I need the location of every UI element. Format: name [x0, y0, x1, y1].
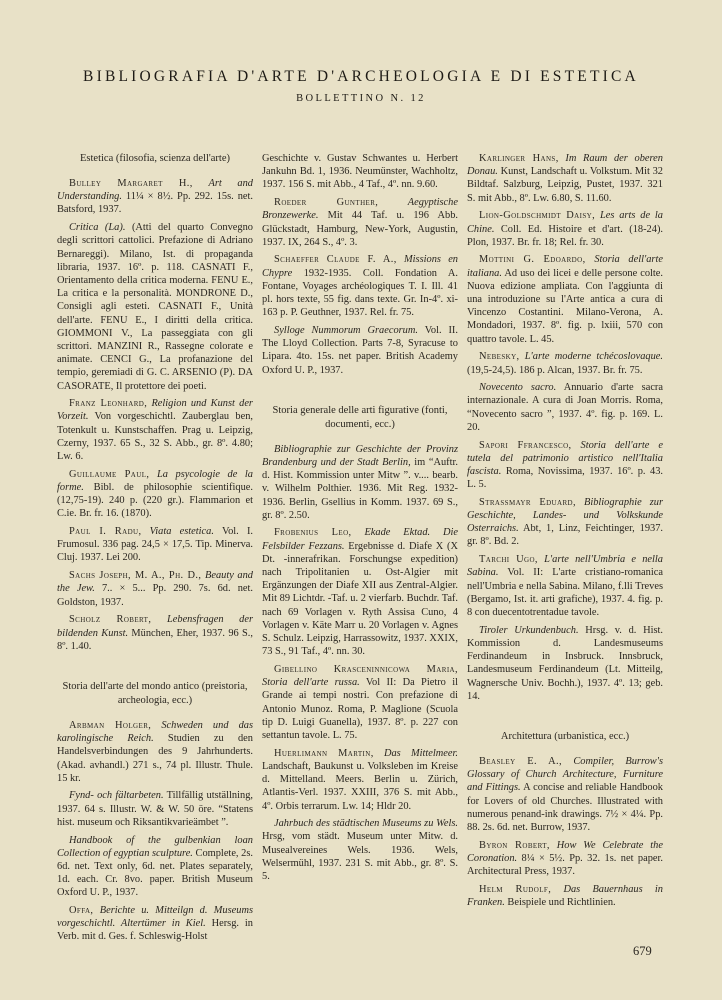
section-heading: Estetica (filosofia, scienza dell'arte) [57, 152, 253, 166]
bibliography-entry: Bibliographie zur Geschichte der Provinz… [262, 443, 458, 522]
bibliography-entry: Bulley Margaret H., Art and Understandin… [57, 177, 253, 217]
column-right: Karlinger Hans, Im Raum der oberen Donau… [467, 152, 663, 914]
bibliography-entry: Jahrbuch des städtischen Museums zu Wels… [262, 817, 458, 883]
bibliography-entry-continued: Geschichte v. Gustav Schwantes u. Herber… [262, 152, 458, 192]
section-heading: Storia generale delle arti figurative (f… [262, 404, 458, 432]
journal-title: BIBLIOGRAFIA D'ARTE D'ARCHEOLOGIA E DI E… [0, 68, 722, 86]
entry-author: Strassmayr Eduard, [479, 497, 576, 508]
entry-details: Ad uso dei licei e delle persone colte. … [467, 268, 663, 345]
column-left: Estetica (filosofia, scienza dell'arte)B… [57, 152, 253, 948]
entry-author: Gibellino Krasceninnicowa Maria, [274, 664, 458, 675]
entry-author: Tarchi Ugo, [479, 554, 538, 565]
section-heading: Architettura (urbanistica, ecc.) [467, 730, 663, 744]
section-heading: Storia dell'arte del mondo antico (preis… [57, 680, 253, 708]
entry-title: Novecento sacro. [479, 382, 556, 393]
bibliography-entry: Schaeffer Claude F. A., Missions en Chyp… [262, 253, 458, 319]
bibliography-entry: Novecento sacro. Annuario d'arte sacra i… [467, 381, 663, 434]
bibliography-entry: Tarchi Ugo, L'arte nell'Umbria e nella S… [467, 553, 663, 619]
entry-author: Paul I. Radu, [69, 526, 141, 537]
entry-details: (19,5-24,5). 186 p. Alcan, 1937. Br. fr.… [467, 365, 642, 376]
bibliography-entry: Nebesky, L'arte moderne tchécoslovaque. … [467, 350, 663, 376]
page-number: 679 [633, 944, 652, 959]
bibliography-entry: Gibellino Krasceninnicowa Maria, Storia … [262, 663, 458, 742]
entry-details: Landschaft, Baukunst u. Volksleben im Kr… [262, 761, 458, 812]
bibliography-entry: Karlinger Hans, Im Raum der oberen Donau… [467, 152, 663, 205]
entry-author: Karlinger Hans, [479, 153, 559, 164]
entry-author: Byron Robert, [479, 840, 550, 851]
bibliography-entry: Paul I. Radu, Viata estetica. Vol. I. Fr… [57, 525, 253, 565]
bibliography-entry: Roeder Gunther, Aegyptische Bronzewerke.… [262, 196, 458, 249]
entry-author: Mottini G. Edoardo, [479, 254, 586, 265]
bibliography-entry: Sylloge Nummorum Graecorum. Vol. II. The… [262, 324, 458, 377]
bibliography-entry: Strassmayr Eduard, Bibliographie zur Ges… [467, 496, 663, 549]
bibliography-entry: Sapori Ffrancesco, Storia dell'arte e tu… [467, 439, 663, 492]
entry-author: Nebesky, [479, 351, 520, 362]
entry-details: Hrsg. v. d. Hist. Kommission d. Landesmu… [467, 625, 663, 702]
entry-author: Offa, [69, 905, 93, 916]
entry-title: Fynd- och fältarbeten. [69, 790, 164, 801]
entry-author: Scholz Robert, [69, 614, 151, 625]
bibliography-entry: Mottini G. Edoardo, Storia dell'arte ita… [467, 253, 663, 345]
bibliography-entry: Helm Rudolf, Das Bauernhaus in Franken. … [467, 883, 663, 909]
entry-title: Jahrbuch des städtischen Museums zu Wels… [274, 818, 458, 829]
entry-title: Viata estetica. [150, 526, 214, 537]
bibliography-entry: Arbman Holger, Schweden und das karoling… [57, 719, 253, 785]
entry-details: Hrsg, vom städt. Museum unter Mitw. d. M… [262, 831, 458, 882]
entry-details: 1932-1935. Coll. Fondation A. Fontane, V… [262, 268, 458, 319]
entry-title: Critica (La). [69, 222, 125, 233]
entry-author: Helm Rudolf, [479, 884, 551, 895]
entry-details: Ergebnisse d. Diafe X (X Dt. -innerafrik… [262, 541, 458, 658]
entry-author: Schaeffer Claude F. A., [274, 254, 397, 265]
entry-title: Storia dell'arte russa. [262, 677, 360, 688]
entry-author: Sachs Joseph, M. A., Ph. D., [69, 570, 201, 581]
entry-details: Coll. Ed. Histoire et d'art. (18-24). Pl… [467, 224, 663, 248]
bibliography-entry: Beasley E. A., Compiler, Burrow's Glossa… [467, 755, 663, 834]
bibliography-entry: Lion-Goldschmidt Daisy, Les arts de la C… [467, 209, 663, 249]
entry-title: Sylloge Nummorum Graecorum. [274, 325, 418, 336]
bibliography-entry: Guillaume Paul, La psycologie de la form… [57, 468, 253, 521]
entry-author: Roeder Gunther, [274, 197, 378, 208]
document-page: BIBLIOGRAFIA D'ARTE D'ARCHEOLOGIA E DI E… [0, 0, 722, 1000]
entry-details: Bibl. de philosophie scientifique. (12,7… [57, 482, 253, 519]
bibliography-entry: Offa, Berichte u. Mitteilgn d. Museums v… [57, 904, 253, 944]
bibliography-entry: Tiroler Urkundenbuch. Hrsg. v. d. Hist. … [467, 624, 663, 703]
bibliography-entry: Critica (La). (Atti del quarto Convegno … [57, 221, 253, 393]
entry-author: Beasley E. A., [479, 756, 562, 767]
bibliography-entry: Byron Robert, How We Celebrate the Coron… [467, 839, 663, 879]
entry-author: Huerlimann Martin, [274, 748, 374, 759]
bibliography-entry: Sachs Joseph, M. A., Ph. D., Beauty and … [57, 569, 253, 609]
bibliography-entry: Handbook of the gulbenkian loan Collecti… [57, 834, 253, 900]
entry-details: Beispiele und Richtlinien. [507, 897, 615, 908]
entry-author: Franz Leonhard, [69, 398, 147, 409]
entry-details: (Atti del quarto Convegno degli scrittor… [57, 222, 253, 391]
bibliography-entry: Huerlimann Martin, Das Mittelmeer. Lands… [262, 747, 458, 813]
bibliography-entry: Fynd- och fältarbeten. Tillfällig utstäl… [57, 789, 253, 829]
entry-title: Das Mittelmeer. [384, 748, 458, 759]
entry-author: Frobenius Leo, [274, 527, 352, 538]
entry-author: Guillaume Paul, [69, 469, 149, 480]
entry-author: Lion-Goldschmidt Daisy, [479, 210, 595, 221]
entry-title: Tiroler Urkundenbuch. [479, 625, 579, 636]
entry-author: Bulley Margaret H., [69, 178, 193, 189]
bulletin-number: BOLLETTINO N. 12 [0, 93, 722, 104]
column-middle: Geschichte v. Gustav Schwantes u. Herber… [262, 152, 458, 888]
entry-author: Sapori Ffrancesco, [479, 440, 572, 451]
bibliography-entry: Franz Leonhard, Religion und Kunst der V… [57, 397, 253, 463]
entry-author: Arbman Holger, [69, 720, 151, 731]
bibliography-entry: Scholz Robert, Lebensfragen der bildende… [57, 613, 253, 653]
bibliography-entry: Frobenius Leo, Ekade Ektad. Die Felsbild… [262, 526, 458, 658]
entry-title: L'arte moderne tchécoslovaque. [525, 351, 663, 362]
